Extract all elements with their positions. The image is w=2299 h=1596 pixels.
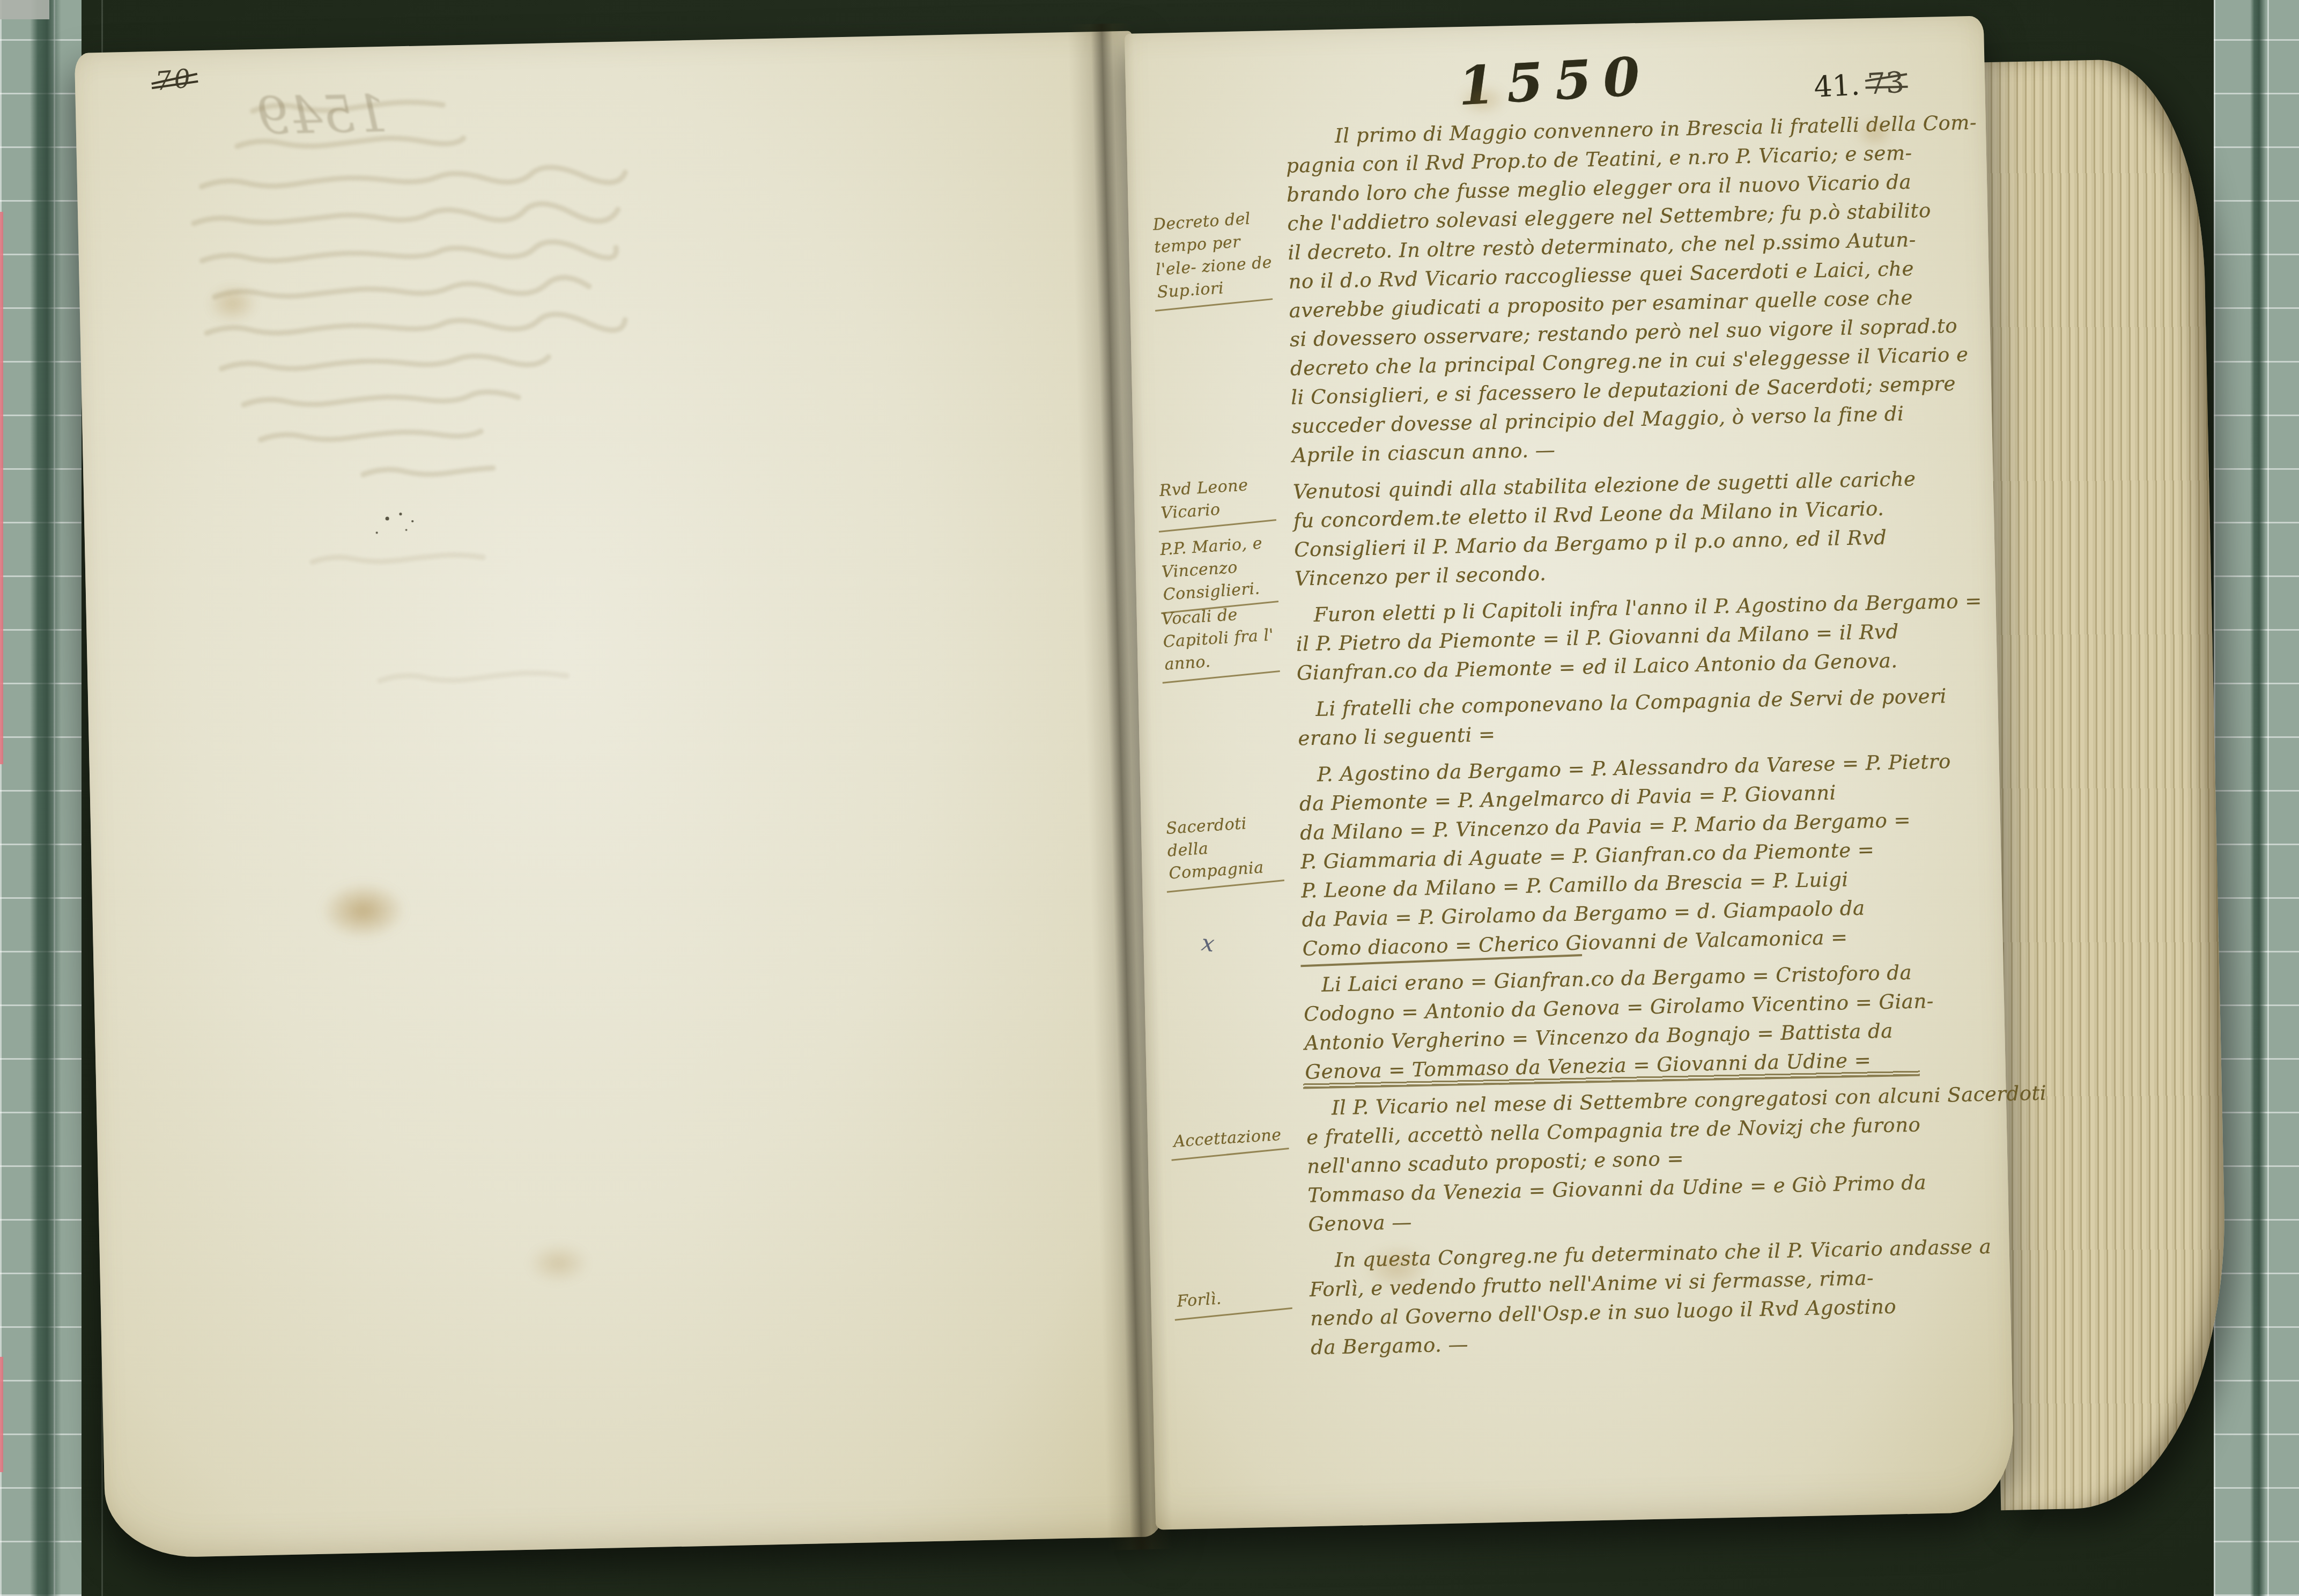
paragraph-fratelli-intro: Li fratelli che componevano la Compagnia… — [1297, 681, 1969, 753]
bleedthrough-year: 1549 — [256, 84, 389, 146]
main-text-column: Decreto del tempo per l'ele- zione de Su… — [1285, 109, 1981, 1370]
calibration-grid-right — [2214, 0, 2299, 1596]
margin-note-accettazione: Accettazione — [1173, 1123, 1296, 1154]
right-folio-number: 41.73 — [1813, 65, 1905, 104]
manuscript-left-page: 70 1549 — [75, 31, 1163, 1559]
margin-note-vicario: Rvd Leone Vicario — [1159, 472, 1284, 525]
paragraph-laici: Li Laici erano = Gianfran.co da Bergamo … — [1303, 957, 1976, 1087]
pink-edge-line-lower — [0, 1357, 3, 1472]
right-page-content: 1550 41.73 Decreto del tempo per l'ele- … — [1125, 16, 2015, 1530]
corner-gray-patch — [0, 0, 49, 19]
calibration-grid-left — [0, 0, 82, 1596]
paragraph-accettazione: Accettazione Il P. Vicario nel mese di S… — [1305, 1080, 1978, 1239]
pink-edge-line-upper — [0, 212, 3, 764]
ink-specks — [375, 512, 414, 534]
margin-note-sacerdoti: Sacerdoti della Compagnia — [1165, 810, 1292, 885]
paragraph-capitoli: Vocali de Capitoli fra l' anno. Furon el… — [1295, 587, 1967, 688]
bleedthrough-ghost-writing: 1549 — [75, 31, 1163, 1559]
paragraph-elezione: Rvd Leone Vicario P.P. Mario, e Vincenzo… — [1292, 464, 1965, 594]
margin-note-decreto: Decreto del tempo per l'ele- zione de Su… — [1152, 206, 1280, 304]
margin-note-consiglieri: P.P. Mario, e Vincenzo Consiglieri. — [1159, 531, 1286, 606]
margin-note-forli: Forlì. — [1176, 1283, 1299, 1313]
paragraph-sacerdoti: Sacerdoti della Compagnia x P. Agostino … — [1298, 747, 1973, 963]
margin-note-vocali: Vocali de Capitoli fra l' anno. — [1161, 601, 1288, 676]
folio-current: 41. — [1813, 68, 1861, 104]
margin-x-mark: x — [1200, 928, 1216, 958]
mat-shadow-band-left — [30, 0, 61, 1596]
folio-cancelled: 73 — [1867, 65, 1905, 101]
photo-stage: 70 1549 — [0, 0, 2299, 1596]
paragraph-decreto: Decreto del tempo per l'ele- zione de Su… — [1285, 109, 1962, 470]
manuscript-right-page: 1550 41.73 Decreto del tempo per l'ele- … — [1125, 16, 2015, 1530]
mat-shadow-band-right — [2250, 0, 2266, 1596]
